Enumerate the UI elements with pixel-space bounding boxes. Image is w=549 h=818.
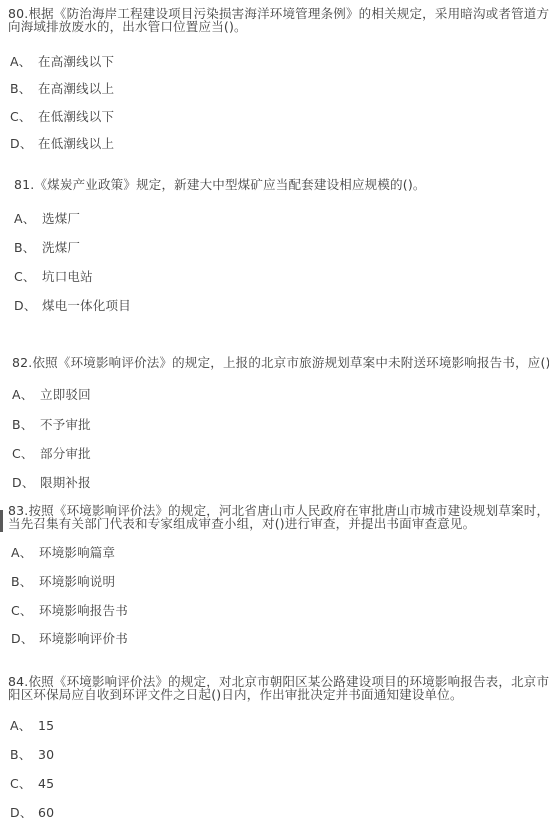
question-84-text-line-2: 阳区环保局应自收到环评文件之日起()日内，作出审批决定并书面通知建设单位。 — [8, 688, 463, 701]
question-82-option-b: B、不予审批 — [12, 418, 91, 431]
question-83-option-a: A、环境影响篇章 — [11, 546, 115, 559]
option-text: 在高潮线以上 — [38, 81, 114, 96]
option-letter: A、 — [10, 719, 38, 732]
option-text: 环境影响评价书 — [39, 631, 128, 646]
question-83-text-line-2: 当先召集有关部门代表和专家组成审查小组，对()进行审查，并提出书面审查意见。 — [8, 517, 475, 530]
question-81-option-c: C、坑口电站 — [14, 270, 93, 283]
option-letter: D、 — [12, 476, 40, 489]
option-letter: C、 — [12, 447, 40, 460]
option-text: 环境影响篇章 — [39, 545, 115, 560]
option-text: 选煤厂 — [42, 211, 80, 226]
question-80-option-b: B、在高潮线以上 — [10, 82, 114, 95]
option-text: 坑口电站 — [42, 269, 93, 284]
option-text: 45 — [38, 776, 54, 791]
option-text: 15 — [38, 718, 54, 733]
option-letter: B、 — [10, 748, 38, 761]
question-82-text-line-1: 82.依照《环境影响评价法》的规定，上报的北京市旅游规划草案中未附送环境影响报告… — [12, 356, 549, 369]
option-letter: B、 — [11, 575, 39, 588]
question-81-text-line-1: 81.《煤炭产业政策》规定，新建大中型煤矿应当配套建设相应规模的()。 — [14, 178, 426, 191]
exam-document-page: 80.根据《防治海岸工程建设项目污染损害海洋环境管理条例》的相关规定，采用暗沟或… — [0, 0, 549, 818]
option-letter: A、 — [14, 212, 42, 225]
option-text: 部分审批 — [40, 446, 91, 461]
option-text: 30 — [38, 747, 54, 762]
option-text: 立即驳回 — [40, 387, 91, 402]
question-82-option-d: D、限期补报 — [12, 476, 91, 489]
question-82-option-c: C、部分审批 — [12, 447, 91, 460]
option-text: 限期补报 — [40, 475, 91, 490]
question-80-option-a: A、在高潮线以下 — [10, 55, 114, 68]
question-83-option-d: D、环境影响评价书 — [11, 632, 128, 645]
option-text: 不予审批 — [40, 417, 91, 432]
option-letter: B、 — [10, 82, 38, 95]
question-80-option-c: C、在低潮线以下 — [10, 110, 114, 123]
question-81-option-b: B、洗煤厂 — [14, 241, 80, 254]
option-letter: D、 — [10, 806, 38, 818]
question-81-option-a: A、选煤厂 — [14, 212, 80, 225]
question-82-option-a: A、立即驳回 — [12, 388, 91, 401]
option-text: 环境影响报告书 — [39, 603, 128, 618]
option-letter: B、 — [14, 241, 42, 254]
option-text: 洗煤厂 — [42, 240, 80, 255]
question-84-option-a: A、15 — [10, 719, 54, 732]
option-text: 在低潮线以上 — [38, 136, 114, 151]
scan-artifact-mark — [0, 510, 3, 532]
option-letter: C、 — [11, 604, 39, 617]
question-80-option-d: D、在低潮线以上 — [10, 137, 114, 150]
question-80-text-line-2: 向海域排放废水的，出水管口位置应当()。 — [8, 20, 247, 33]
option-letter: C、 — [10, 777, 38, 790]
option-letter: D、 — [10, 137, 38, 150]
question-83-option-c: C、环境影响报告书 — [11, 604, 128, 617]
question-84-option-c: C、45 — [10, 777, 54, 790]
option-letter: C、 — [14, 270, 42, 283]
option-text: 煤电一体化项目 — [42, 298, 131, 313]
question-84-option-b: B、30 — [10, 748, 54, 761]
option-letter: B、 — [12, 418, 40, 431]
question-81-option-d: D、煤电一体化项目 — [14, 299, 131, 312]
option-letter: A、 — [11, 546, 39, 559]
option-text: 60 — [38, 805, 54, 818]
option-letter: A、 — [12, 388, 40, 401]
option-text: 在低潮线以下 — [38, 109, 114, 124]
option-letter: C、 — [10, 110, 38, 123]
question-84-option-d: D、60 — [10, 806, 54, 818]
option-text: 在高潮线以下 — [38, 54, 114, 69]
option-letter: D、 — [11, 632, 39, 645]
option-text: 环境影响说明 — [39, 574, 115, 589]
question-83-option-b: B、环境影响说明 — [11, 575, 115, 588]
option-letter: D、 — [14, 299, 42, 312]
option-letter: A、 — [10, 55, 38, 68]
